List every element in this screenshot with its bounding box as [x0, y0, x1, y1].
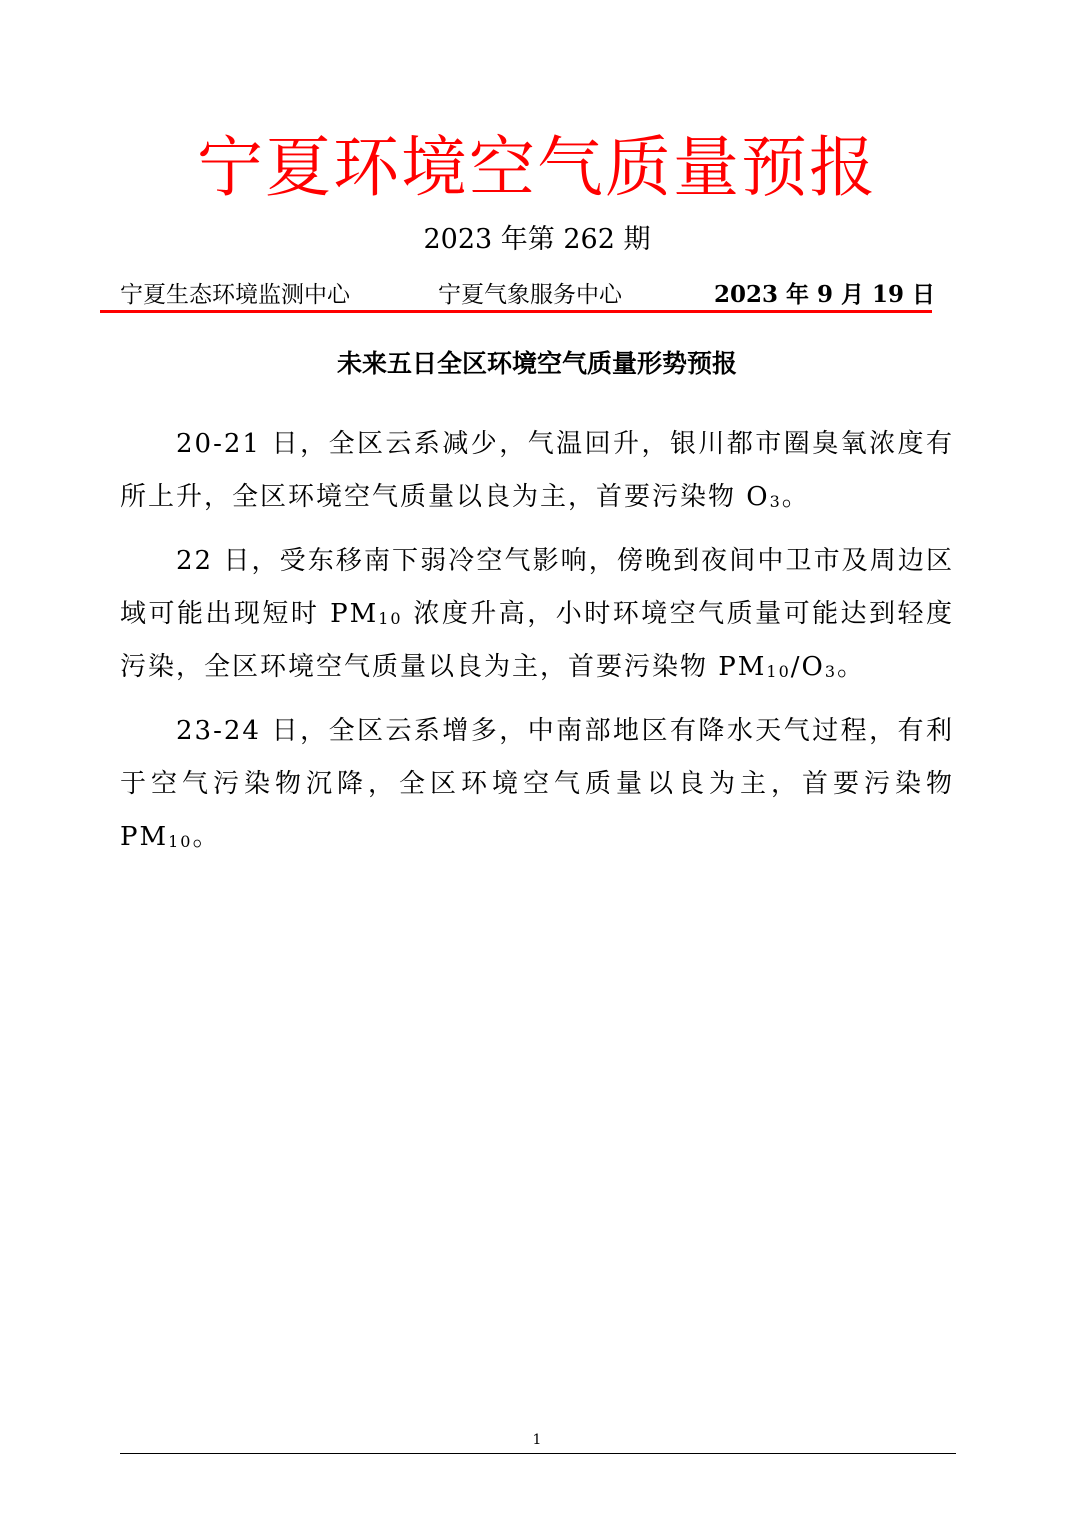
- header-row: 宁夏生态环境监测中心 宁夏气象服务中心 2023 年 9 月 19 日: [120, 278, 935, 312]
- issuing-org-ecology: 宁夏生态环境监测中心: [120, 278, 350, 312]
- page-number: 1: [0, 1432, 1074, 1448]
- issue-date: 2023 年 9 月 19 日: [714, 278, 935, 312]
- footer-divider: [120, 1453, 956, 1454]
- section-title: 未来五日全区环境空气质量形势预报: [0, 346, 1074, 382]
- paragraph-20-21: 20-21 日，全区云系减少，气温回升，银川都市圈臭氧浓度有所上升，全区环境空气…: [120, 418, 954, 524]
- issuing-org-meteorology: 宁夏气象服务中心: [438, 278, 622, 312]
- paragraph-22: 22 日，受东移南下弱冷空气影响，傍晚到夜间中卫市及周边区域可能出现短时 PM1…: [120, 535, 954, 694]
- forecast-body: 20-21 日，全区云系减少，气温回升，银川都市圈臭氧浓度有所上升，全区环境空气…: [120, 418, 954, 875]
- red-divider: [100, 310, 932, 313]
- issue-number: 2023 年第 262 期: [0, 222, 1074, 258]
- paragraph-23-24: 23-24 日，全区云系增多，中南部地区有降水天气过程，有利于空气污染物沉降，全…: [120, 705, 954, 864]
- document-title: 宁夏环境空气质量预报: [0, 128, 1074, 208]
